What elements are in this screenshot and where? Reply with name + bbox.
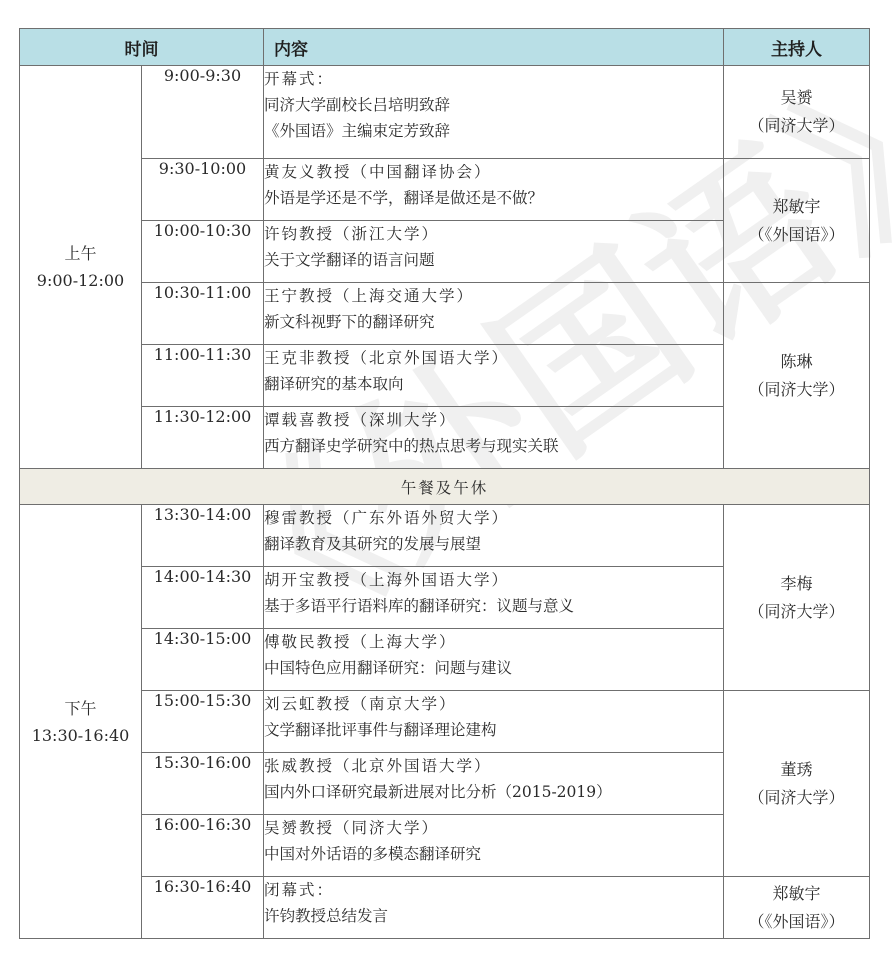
session-content: 黄友义教授（中国翻译协会） 外语是学还是不学，翻译是做还是不做？	[264, 159, 724, 221]
session-speaker: 胡开宝教授（上海外国语大学）	[264, 567, 723, 593]
session-content: 傅敬民教授（上海大学） 中国特色应用翻译研究：问题与建议	[264, 629, 724, 691]
header-content: 内容	[264, 29, 724, 66]
session-content: 王克非教授（北京外国语大学） 翻译研究的基本取向	[264, 345, 724, 407]
session-time: 14:00-14:30	[142, 567, 264, 629]
session-time: 10:30-11:00	[142, 283, 264, 345]
period-label: 下午	[20, 695, 141, 722]
session-topic: 中国对外话语的多模态翻译研究	[264, 841, 723, 867]
host-cell: 郑敏宇 （《外国语》）	[724, 877, 870, 939]
session-content: 王宁教授（上海交通大学） 新文科视野下的翻译研究	[264, 283, 724, 345]
session-topic: 翻译研究的基本取向	[264, 371, 723, 397]
session-topic: 许钧教授总结发言	[264, 903, 723, 929]
session-title: 开幕式：	[264, 66, 723, 92]
host-org: （同济大学）	[724, 784, 869, 812]
host-cell: 陈琳 （同济大学）	[724, 283, 870, 469]
period-range: 13:30-16:40	[20, 722, 141, 749]
session-speaker: 王克非教授（北京外国语大学）	[264, 345, 723, 371]
session-speaker: 谭载喜教授（深圳大学）	[264, 407, 723, 433]
header-row: 时间 内容 主持人	[20, 29, 870, 66]
header-host: 主持人	[724, 29, 870, 66]
session-content: 张威教授（北京外国语大学） 国内外口译研究最新进展对比分析（2015-2019）	[264, 753, 724, 815]
session-speaker: 张威教授（北京外国语大学）	[264, 753, 723, 779]
period-range: 9:00-12:00	[20, 267, 141, 294]
host-org: （同济大学）	[724, 112, 869, 140]
host-org: （同济大学）	[724, 598, 869, 626]
host-name: 陈琳	[724, 348, 869, 376]
session-line: 同济大学副校长吕培明致辞	[264, 92, 723, 118]
session-time: 9:30-10:00	[142, 159, 264, 221]
table-row: 15:00-15:30 刘云虹教授（南京大学） 文学翻译批评事件与翻译理论建构 …	[20, 691, 870, 753]
host-org: （《外国语》）	[724, 908, 869, 936]
session-time: 15:30-16:00	[142, 753, 264, 815]
host-name: 郑敏宇	[724, 880, 869, 908]
table-row: 下午 13:30-16:40 13:30-14:00 穆雷教授（广东外语外贸大学…	[20, 505, 870, 567]
session-topic: 国内外口译研究最新进展对比分析（2015-2019）	[264, 779, 723, 805]
session-speaker: 穆雷教授（广东外语外贸大学）	[264, 505, 723, 531]
session-time: 16:00-16:30	[142, 815, 264, 877]
host-cell: 吴赟 （同济大学）	[724, 66, 870, 159]
session-time: 15:00-15:30	[142, 691, 264, 753]
morning-period: 上午 9:00-12:00	[20, 66, 142, 469]
session-time: 10:00-10:30	[142, 221, 264, 283]
session-topic: 翻译教育及其研究的发展与展望	[264, 531, 723, 557]
table-row: 10:30-11:00 王宁教授（上海交通大学） 新文科视野下的翻译研究 陈琳 …	[20, 283, 870, 345]
table-row: 上午 9:00-12:00 9:00-9:30 开幕式： 同济大学副校长吕培明致…	[20, 66, 870, 159]
session-line: 《外国语》主编束定芳致辞	[264, 118, 723, 144]
host-org: （《外国语》）	[724, 221, 869, 249]
session-topic: 西方翻译史学研究中的热点思考与现实关联	[264, 433, 723, 459]
session-time: 14:30-15:00	[142, 629, 264, 691]
session-speaker: 黄友义教授（中国翻译协会）	[264, 159, 723, 185]
table-row: 16:30-16:40 闭幕式： 许钧教授总结发言 郑敏宇 （《外国语》）	[20, 877, 870, 939]
host-cell: 董琇 （同济大学）	[724, 691, 870, 877]
session-speaker: 吴赟教授（同济大学）	[264, 815, 723, 841]
session-speaker: 刘云虹教授（南京大学）	[264, 691, 723, 717]
host-name: 郑敏宇	[724, 193, 869, 221]
period-label: 上午	[20, 240, 141, 267]
host-name: 董琇	[724, 756, 869, 784]
table-row: 9:30-10:00 黄友义教授（中国翻译协会） 外语是学还是不学，翻译是做还是…	[20, 159, 870, 221]
session-time: 11:00-11:30	[142, 345, 264, 407]
host-cell: 李梅 （同济大学）	[724, 505, 870, 691]
session-content: 胡开宝教授（上海外国语大学） 基于多语平行语料库的翻译研究：议题与意义	[264, 567, 724, 629]
session-content: 刘云虹教授（南京大学） 文学翻译批评事件与翻译理论建构	[264, 691, 724, 753]
host-cell: 郑敏宇 （《外国语》）	[724, 159, 870, 283]
session-content: 许钧教授（浙江大学） 关于文学翻译的语言问题	[264, 221, 724, 283]
session-topic: 文学翻译批评事件与翻译理论建构	[264, 717, 723, 743]
lunch-row: 午餐及午休	[20, 469, 870, 505]
session-topic: 中国特色应用翻译研究：问题与建议	[264, 655, 723, 681]
session-content: 开幕式： 同济大学副校长吕培明致辞 《外国语》主编束定芳致辞	[264, 66, 724, 159]
session-content: 谭载喜教授（深圳大学） 西方翻译史学研究中的热点思考与现实关联	[264, 407, 724, 469]
session-title: 闭幕式：	[264, 877, 723, 903]
afternoon-period: 下午 13:30-16:40	[20, 505, 142, 939]
session-topic: 基于多语平行语料库的翻译研究：议题与意义	[264, 593, 723, 619]
schedule-table: 时间 内容 主持人 上午 9:00-12:00 9:00-9:30 开幕式： 同…	[19, 28, 870, 939]
session-content: 闭幕式： 许钧教授总结发言	[264, 877, 724, 939]
host-name: 李梅	[724, 570, 869, 598]
host-org: （同济大学）	[724, 376, 869, 404]
session-topic: 新文科视野下的翻译研究	[264, 309, 723, 335]
session-time: 16:30-16:40	[142, 877, 264, 939]
session-time: 11:30-12:00	[142, 407, 264, 469]
session-time: 13:30-14:00	[142, 505, 264, 567]
header-time: 时间	[20, 29, 264, 66]
session-topic: 外语是学还是不学，翻译是做还是不做？	[264, 185, 723, 211]
lunch-label: 午餐及午休	[20, 469, 870, 505]
session-content: 吴赟教授（同济大学） 中国对外话语的多模态翻译研究	[264, 815, 724, 877]
session-time: 9:00-9:30	[142, 66, 264, 159]
session-speaker: 傅敬民教授（上海大学）	[264, 629, 723, 655]
session-speaker: 许钧教授（浙江大学）	[264, 221, 723, 247]
session-speaker: 王宁教授（上海交通大学）	[264, 283, 723, 309]
host-name: 吴赟	[724, 84, 869, 112]
session-content: 穆雷教授（广东外语外贸大学） 翻译教育及其研究的发展与展望	[264, 505, 724, 567]
session-topic: 关于文学翻译的语言问题	[264, 247, 723, 273]
